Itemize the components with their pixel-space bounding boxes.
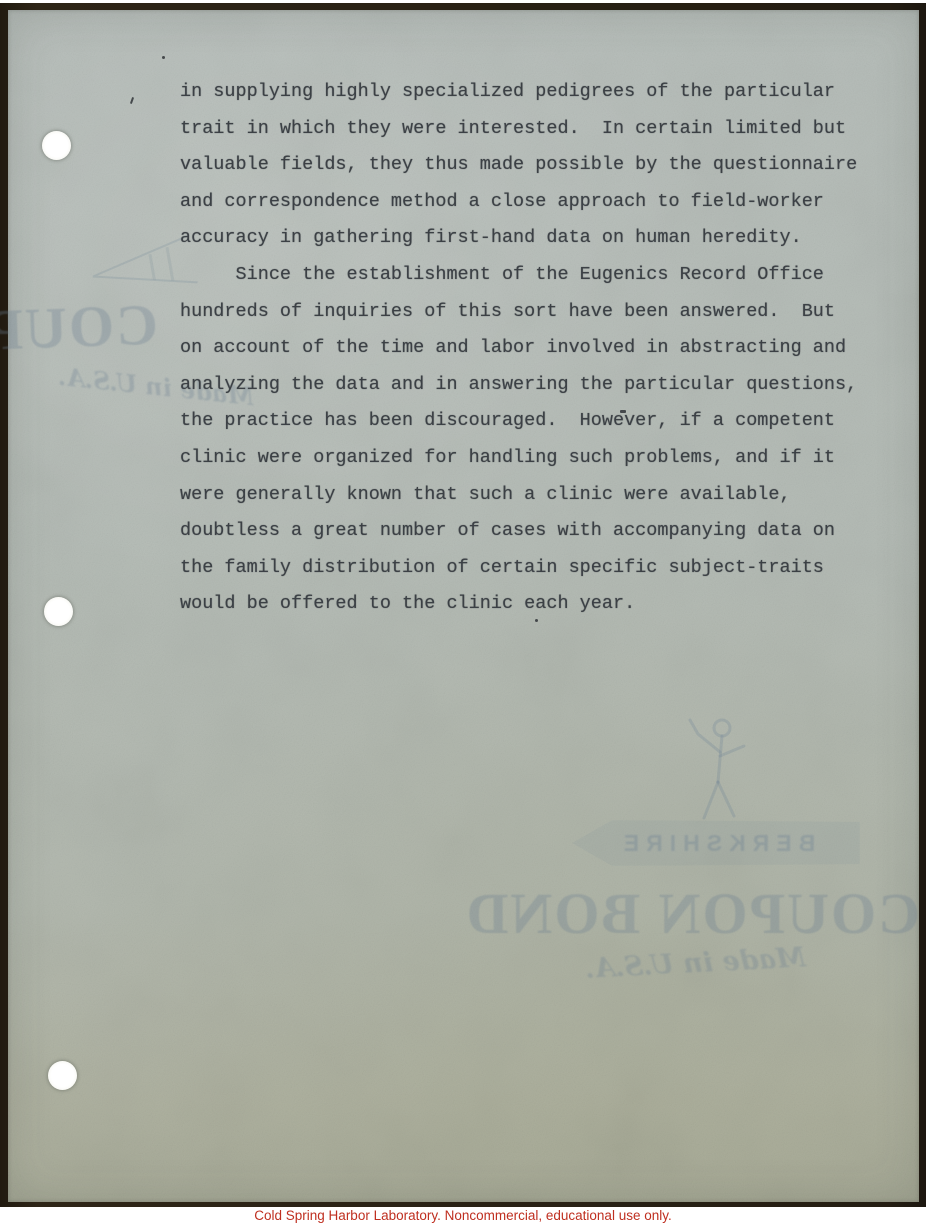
scanned-page: COUPON BOND Made in U.S.A. BERKSHIRE COU… <box>0 0 926 1225</box>
typed-line: Since the establishment of the Eugenics … <box>180 257 857 294</box>
typed-line: would be offered to the clinic each year… <box>180 586 857 623</box>
typed-line: and correspondence method a close approa… <box>180 184 857 221</box>
typed-line: the family distribution of certain speci… <box>180 550 857 587</box>
typed-line: doubtless a great number of cases with a… <box>180 513 857 550</box>
typed-line: were generally known that such a clinic … <box>180 477 857 514</box>
typed-lines: in supplying highly specialized pedigree… <box>180 74 857 623</box>
typed-line: the practice has been discouraged. Howev… <box>180 403 857 440</box>
copyright-footer: Cold Spring Harbor Laboratory. Noncommer… <box>0 1207 926 1225</box>
watermark-figure-emblem <box>660 712 780 830</box>
typed-line: hundreds of inquiries of this sort have … <box>180 294 857 331</box>
typed-line: clinic were organized for handling such … <box>180 440 857 477</box>
watermark-brand-text: COUPON BOND <box>508 880 920 947</box>
ink-speck <box>162 56 165 59</box>
typed-line: accuracy in gathering first-hand data on… <box>180 220 857 257</box>
scanned-document-screenshot: { "document": { "lines": [ "in supplying… <box>0 0 926 1225</box>
copyright-footer-text: Cold Spring Harbor Laboratory. Noncommer… <box>254 1208 671 1223</box>
punch-hole-top <box>42 131 71 160</box>
ink-speck <box>620 410 626 413</box>
typed-line: on account of the time and labor involve… <box>180 330 857 367</box>
typed-line: in supplying highly specialized pedigree… <box>180 74 857 111</box>
punch-hole-bottom <box>48 1061 77 1090</box>
typed-line: trait in which they were interested. In … <box>180 111 857 148</box>
watermark-banner-text: BERKSHIRE <box>572 820 860 866</box>
punch-hole-middle <box>44 597 73 626</box>
typed-line: valuable fields, they thus made possible… <box>180 147 857 184</box>
typed-line: analyzing the data and in answering the … <box>180 367 857 404</box>
ink-speck <box>535 619 538 622</box>
